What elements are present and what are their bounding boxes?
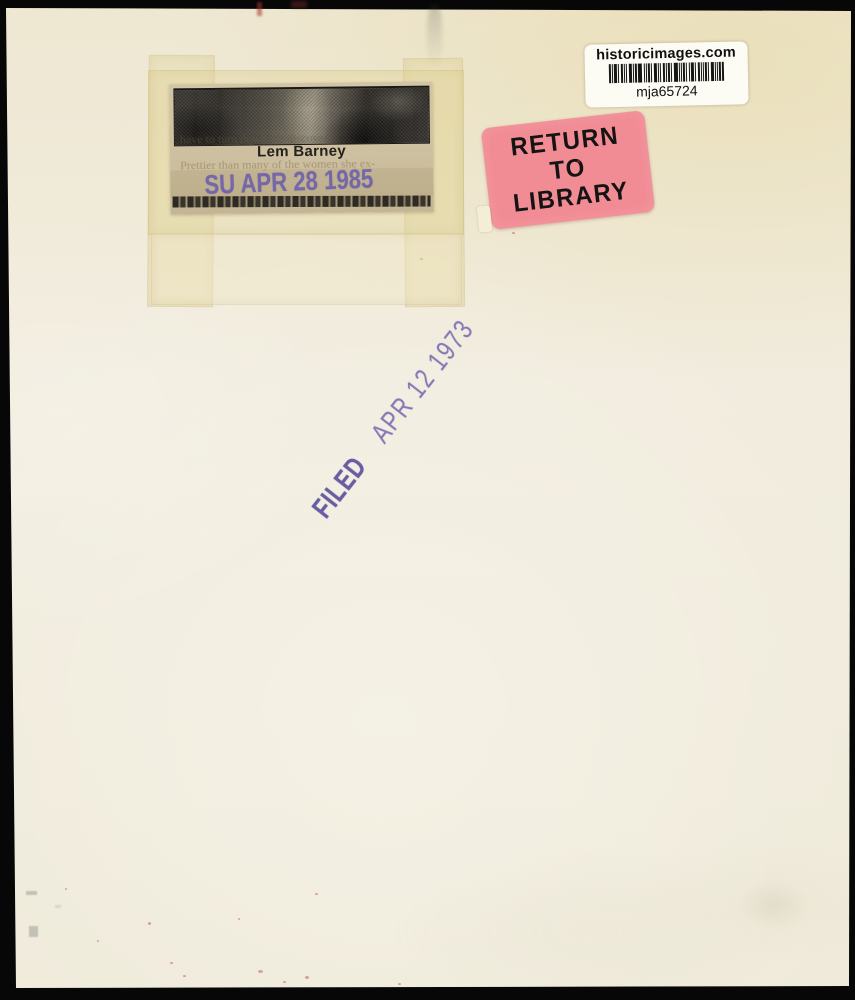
photo-back-scan: have to turn down, he discovers. Lem Bar…	[0, 0, 855, 1000]
sticker-corner-tab	[477, 205, 493, 232]
return-sticker-line-3: LIBRARY	[512, 177, 631, 219]
barcode-bars-icon	[609, 62, 724, 83]
clipping-torn-edge	[173, 196, 431, 208]
tape-piece-bottom	[151, 233, 462, 305]
barcode-site-label: historicimages.com	[596, 45, 736, 64]
red-smear-mark	[291, 1, 307, 8]
barcode-code-label: mja65724	[636, 82, 698, 99]
newspaper-clipping: have to turn down, he discovers. Lem Bar…	[169, 82, 433, 215]
return-to-library-sticker: RETURN TO LIBRARY	[481, 110, 655, 230]
gray-smudge-streak	[427, 4, 442, 66]
red-ink-streak	[257, 2, 262, 16]
barcode-sticker: historicimages.com mja65724	[584, 41, 748, 107]
corner-smudge	[740, 880, 810, 930]
